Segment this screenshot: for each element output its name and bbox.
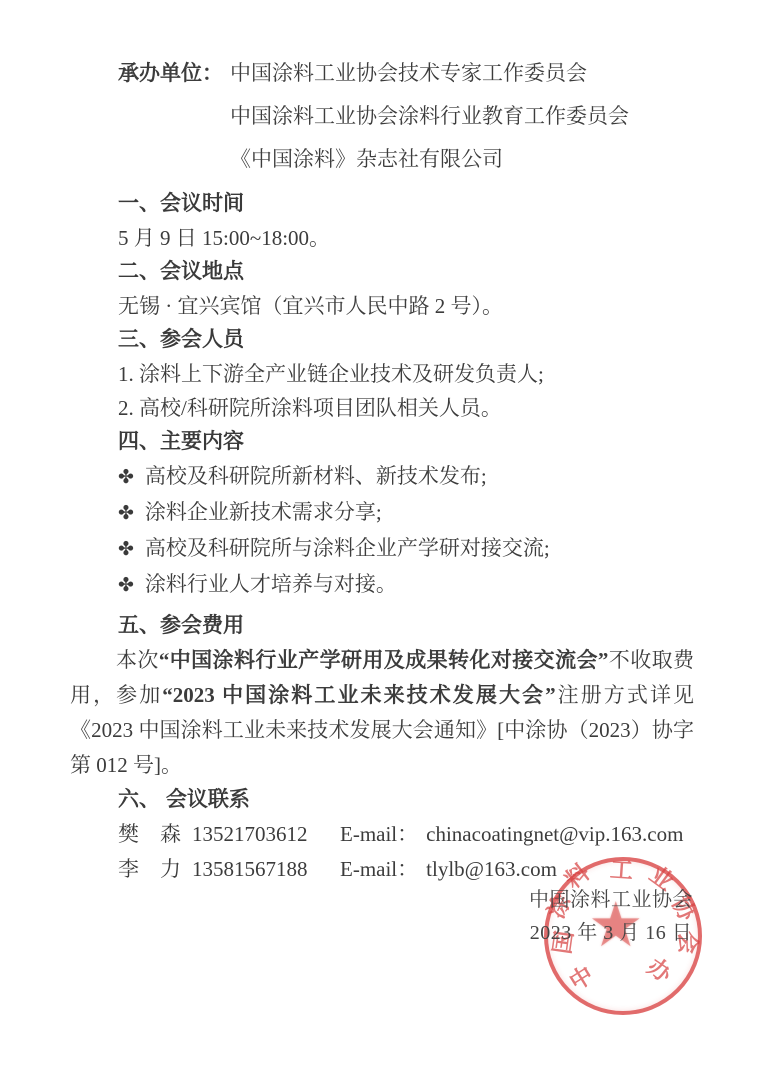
meeting-place-text: 无锡 · 宜兴宾馆（宜兴市人民中路 2 号）。 xyxy=(118,289,696,323)
bullet-item-text: 涂料行业人才培养与对接。 xyxy=(145,572,397,596)
bullet-item-text: 高校及科研院所与涂料企业产学研对接交流; xyxy=(145,536,550,560)
email-label: E-mail： xyxy=(340,817,418,852)
section-heading-place: 二、会议地点 xyxy=(118,255,696,289)
clover-bullet-icon: ✤ xyxy=(118,533,134,567)
organizer-block: 承办单位： 中国涂料工业协会技术专家工作委员会 中国涂料工业协会涂料行业教育工作… xyxy=(118,52,696,181)
clover-bullet-icon: ✤ xyxy=(118,461,134,495)
document-content: 承办单位： 中国涂料工业协会技术专家工作委员会 中国涂料工业协会涂料行业教育工作… xyxy=(118,52,696,887)
signature-date: 2023 年 3 月 16 日 xyxy=(520,917,702,950)
fee-text-segment: 本次 xyxy=(116,648,159,672)
section-heading-participants: 三、参会人员 xyxy=(118,323,696,357)
bullet-item-text: 涂料企业新技术需求分享; xyxy=(145,500,382,524)
seal-character: 工 xyxy=(609,858,634,883)
organizer-item: 《中国涂料》杂志社有限公司 xyxy=(230,138,696,181)
meeting-time-text: 5 月 9 日 15:00~18:00。 xyxy=(118,221,696,255)
bullet-item: ✤涂料企业新技术需求分享; xyxy=(118,495,696,531)
contact-email: tlylb@163.com xyxy=(426,852,557,887)
organizer-list: 中国涂料工业协会技术专家工作委员会 中国涂料工业协会涂料行业教育工作委员会 《中… xyxy=(230,52,696,181)
signature-block: 中国涂料工业协会 2023 年 3 月 16 日 xyxy=(520,884,702,950)
section-heading-time: 一、会议时间 xyxy=(118,187,696,221)
document-page: 承办单位： 中国涂料工业协会技术专家工作委员会 中国涂料工业协会涂料行业教育工作… xyxy=(0,0,760,1074)
contact-row: 樊 森 13521703612 E-mail： chinacoatingnet@… xyxy=(118,817,696,852)
participant-item: 2. 高校/科研院所涂料项目团队相关人员。 xyxy=(118,391,696,425)
contact-phone: 13521703612 xyxy=(192,817,340,852)
clover-bullet-icon: ✤ xyxy=(118,569,134,603)
signature-organization: 中国涂料工业协会 xyxy=(520,884,702,917)
fee-text-bold-segment: “2023 中国涂料工业未来技术发展大会” xyxy=(162,683,555,707)
organizer-item: 中国涂料工业协会涂料行业教育工作委员会 xyxy=(230,95,696,138)
section-heading-fee: 五、参会费用 xyxy=(118,609,696,643)
organizer-label: 承办单位： xyxy=(118,52,230,181)
clover-bullet-icon: ✤ xyxy=(118,497,134,531)
contact-phone: 13581567188 xyxy=(192,852,340,887)
bullet-item: ✤高校及科研院所新材料、新技术发布; xyxy=(118,459,696,495)
section-heading-contact: 六、 会议联系 xyxy=(118,783,696,817)
contact-name: 樊 森 xyxy=(118,817,192,852)
bullet-item: ✤涂料行业人才培养与对接。 xyxy=(118,567,696,603)
contact-email: chinacoatingnet@vip.163.com xyxy=(426,817,683,852)
bullet-item-text: 高校及科研院所新材料、新技术发布; xyxy=(145,464,487,488)
organizer-item: 中国涂料工业协会技术专家工作委员会 xyxy=(230,52,696,95)
fee-paragraph: 本次“中国涂料行业产学研用及成果转化对接交流会”不收取费用，参加“2023 中国… xyxy=(70,643,694,783)
email-label: E-mail： xyxy=(340,852,418,887)
section-heading-main-content: 四、主要内容 xyxy=(118,425,696,459)
participant-item: 1. 涂料上下游全产业链企业技术及研发负责人; xyxy=(118,357,696,391)
bullet-item: ✤高校及科研院所与涂料企业产学研对接交流; xyxy=(118,531,696,567)
contact-name: 李 力 xyxy=(118,852,192,887)
fee-text-bold-segment: “中国涂料行业产学研用及成果转化对接交流会” xyxy=(159,648,609,672)
